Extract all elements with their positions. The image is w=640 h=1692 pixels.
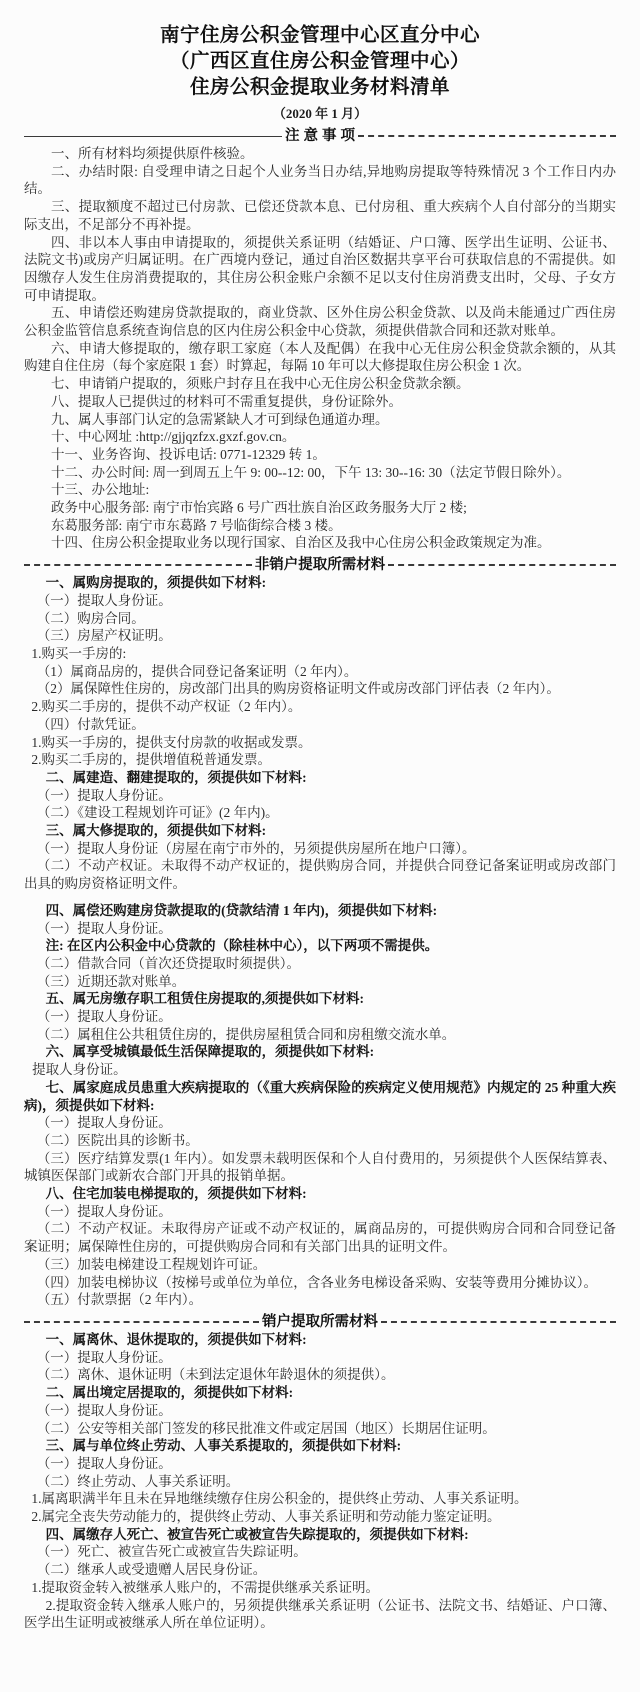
paragraph: 十二、办公时间: 周一到周五上午 9: 00--12: 00，下午 13: 30… [24,464,616,482]
paragraph: 1.属离职满半年且未在异地继续缴存住房公积金的，提供终止劳动、人事关系证明。 [24,1490,616,1508]
paragraph: （二）终止劳动、人事关系证明。 [24,1473,616,1491]
paragraph: 2.购买二手房的，提供不动产权证（2 年内）。 [24,698,616,716]
paragraph: 政务中心服务部: 南宁市怡宾路 6 号广西壮族自治区政务服务大厅 2 楼; [24,499,616,517]
paragraph: 二、办结时限: 自受理申请之日起个人业务当日办结,异地购房提取等特殊情况 3 个… [24,163,616,198]
paragraph: 三、提取额度不超过已付房款、已偿还贷款本息、已付房租、重大疾病个人自付部分的当期… [24,198,616,233]
section-heading-notes: 注 意 事 项 [282,124,358,145]
paragraph: （一）提取人身份证。 [24,1203,616,1221]
paragraph: （1）属商品房的，提供合同登记备案证明（2 年内）。 [24,663,616,681]
paragraph: 六、申请大修提取的，缴存职工家庭（本人及配偶）在我中心无住房公积金贷款余额的，从… [24,340,616,375]
paragraph: （三）加装电梯建设工程规划许可证。 [24,1256,616,1274]
paragraph: （二）离休、退休证明（未到法定退休年龄退休的须提供）。 [24,1366,616,1384]
paragraph: （一）提取人身份证。 [24,1114,616,1132]
document-page: 南宁住房公积金管理中心区直分中心 （广西区直住房公积金管理中心） 住房公积金提取… [0,0,640,1692]
paragraph: 五、申请偿还购建房贷款提取的，商业贷款、区外住房公积金贷款、以及尚未能通过广西住… [24,304,616,339]
paragraph: 七、属家庭成员患重大疾病提取的（《重大疾病保险的疾病定义使用规范》内规定的 25… [24,1079,616,1114]
paragraph: 三、属与单位终止劳动、人事关系提取的，须提供如下材料: [24,1437,616,1455]
paragraph: 2.属完全丧失劳动能力的，提供终止劳动、人事关系证明和劳动能力鉴定证明。 [24,1508,616,1526]
paragraph: （二）《建设工程规划许可证》(2 年内)。 [24,804,616,822]
paragraph: 二、属出境定居提取的，须提供如下材料: [24,1384,616,1402]
paragraph: 四、属缴存人死亡、被宣告死亡或被宣告失踪提取的，须提供如下材料: [24,1526,616,1544]
date-line: （2020 年 1 月） [24,105,616,123]
paragraph: 十一、业务咨询、投诉电话: 0771-12329 转 1。 [24,446,616,464]
paragraph: 三、属大修提取的，须提供如下材料: [24,822,616,840]
title-line-3: 住房公积金提取业务材料清单 [24,74,616,100]
paragraph: （一）死亡、被宣告死亡或被宣告失踪证明。 [24,1543,616,1561]
paragraph: 2.购买二手房的，提供增值税普通发票。 [24,751,616,769]
paragraph: 提取人身份证。 [24,1061,616,1079]
divider-line-right [358,135,616,137]
paragraph: 十四、住房公积金提取业务以现行国家、自治区及我中心住房公积金政策规定为准。 [24,534,616,552]
paragraph: 六、属享受城镇最低生活保障提取的，须提供如下材料: [24,1043,616,1061]
divider-line-left [24,1321,259,1323]
paragraph: 四、非以本人事由申请提取的，须提供关系证明（结婚证、户口簿、医学出生证明、公证书… [24,234,616,305]
section-non-cancellation-body: 一、属购房提取的，须提供如下材料:（一）提取人身份证。（二）购房合同。（三）房屋… [24,574,616,1309]
paragraph: （四）付款凭证。 [24,716,616,734]
paragraph: （一）提取人身份证。 [24,1455,616,1473]
paragraph: （四）加装电梯协议（按梯号或单位为单位，含各业务电梯设备采购、安装等费用分摊协议… [24,1274,616,1292]
paragraph: 五、属无房缴存职工租赁住房提取的,须提供如下材料: [24,990,616,1008]
paragraph: （二）购房合同。 [24,610,616,628]
paragraph: （一）提取人身份证（房屋在南宁市外的，另须提供房屋所在地户口簿）。 [24,840,616,858]
section-notes-body: 一、所有材料均须提供原件核验。二、办结时限: 自受理申请之日起个人业务当日办结,… [24,145,616,552]
section-divider-notes: 注 意 事 项 [24,125,616,144]
paragraph: 1.提取资金转入被继承人账户的，不需提供继承关系证明。 [24,1579,616,1597]
divider-line-right [381,1321,616,1323]
paragraph: 八、住宅加装电梯提取的，须提供如下材料: [24,1185,616,1203]
paragraph: （一）提取人身份证。 [24,787,616,805]
paragraph: （2）属保障性住房的，房改部门出具的购房资格证明文件或房改部门评估表（2 年内）… [24,680,616,698]
paragraph: 注: 在区内公积金中心贷款的（除桂林中心），以下两项不需提供。 [24,937,616,955]
title-line-1: 南宁住房公积金管理中心区直分中心 [24,22,616,48]
section-heading-non-cancellation: 非销户提取所需材料 [252,553,389,574]
title-line-2: （广西区直住房公积金管理中心） [24,48,616,74]
paragraph: （三）房屋产权证明。 [24,627,616,645]
section-divider-cancellation: 销户提取所需材料 [24,1311,616,1330]
paragraph: （三）医疗结算发票(1 年内）。如发票未载明医保和个人自付费用的，另须提供个人医… [24,1150,616,1185]
paragraph: （一）提取人身份证。 [24,1349,616,1367]
paragraph: （二）医院出具的诊断书。 [24,1132,616,1150]
paragraph: 十三、办公地址: [24,481,616,499]
paragraph: （一）提取人身份证。 [24,1402,616,1420]
divider-line-left [24,136,282,137]
paragraph: 1.购买一手房的，提供支付房款的收据或发票。 [24,734,616,752]
paragraph: 2.提取资金转入继承人账户的，另须提供继承关系证明（公证书、法院文书、结婚证、户… [24,1597,616,1632]
paragraph: （二）借款合同（首次还贷提取时须提供）。 [24,955,616,973]
divider-line-right [388,564,616,566]
paragraph: （二）继承人或受遗赠人居民身份证。 [24,1561,616,1579]
paragraph: 四、属偿还购建房贷款提取的(贷款结清 1 年内)，须提供如下材料: [24,902,616,920]
paragraph: （一）提取人身份证。 [24,1008,616,1026]
paragraph: 十、中心网址 :http://gjjqzfzx.gxzf.gov.cn。 [24,428,616,446]
paragraph: 二、属建造、翻建提取的，须提供如下材料: [24,769,616,787]
paragraph: （一）提取人身份证。 [24,592,616,610]
paragraph: （二）不动产权证。未取得不动产权证的，提供购房合同，并提供合同登记备案证明或房改… [24,857,616,892]
document-header: 南宁住房公积金管理中心区直分中心 （广西区直住房公积金管理中心） 住房公积金提取… [24,22,616,123]
paragraph: （一）提取人身份证。 [24,920,616,938]
divider-line-left [24,564,252,566]
section-divider-non-cancellation: 非销户提取所需材料 [24,554,616,573]
paragraph: （二）属租住公共租赁住房的，提供房屋租赁合同和房租缴交流水单。 [24,1026,616,1044]
paragraph: （三）近期还款对账单。 [24,973,616,991]
section-cancellation-body: 一、属离休、退休提取的，须提供如下材料:（一）提取人身份证。（二）离休、退休证明… [24,1331,616,1632]
paragraph: 一、所有材料均须提供原件核验。 [24,145,616,163]
paragraph: （五）付款票据（2 年内）。 [24,1291,616,1309]
paragraph: （二）公安等相关部门签发的移民批准文件或定居国（地区）长期居住证明。 [24,1420,616,1438]
paragraph: 九、属人事部门认定的急需紧缺人才可到绿色通道办理。 [24,411,616,429]
paragraph: 1.购买一手房的: [24,645,616,663]
paragraph: 一、属离休、退休提取的，须提供如下材料: [24,1331,616,1349]
paragraph: 东葛服务部: 南宁市东葛路 7 号临街综合楼 3 楼。 [24,517,616,535]
paragraph: 一、属购房提取的，须提供如下材料: [24,574,616,592]
paragraph: 八、提取人已提供过的材料可不需重复提供，身份证除外。 [24,393,616,411]
paragraph: 七、申请销户提取的，须账户封存且在我中心无住房公积金贷款余额。 [24,375,616,393]
paragraph: （二）不动产权证。未取得房产证或不动产权证的，属商品房的，可提供购房合同和合同登… [24,1220,616,1255]
section-heading-cancellation: 销户提取所需材料 [259,1310,381,1331]
